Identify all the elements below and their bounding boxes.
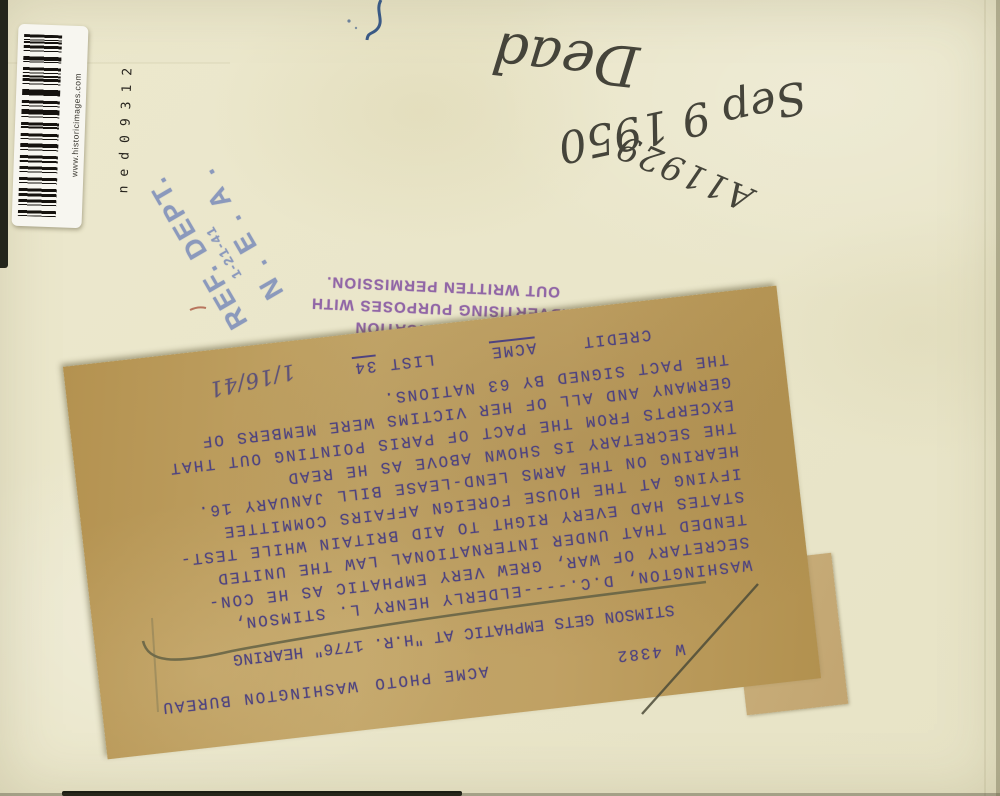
photo-number: W 4382: [615, 639, 686, 665]
credit-list-label: LIST: [387, 350, 435, 373]
credit-agency: ACME: [489, 336, 537, 361]
credit-list-number: 34: [352, 354, 377, 376]
paper-crease-vertical: [984, 0, 986, 796]
credit-label: CREDIT: [581, 325, 652, 351]
caption-slip-text: W 4382 ACME PHOTO WASHINGTON BUREAU STIM…: [63, 286, 821, 760]
credit-date-handwritten: 1/16/41: [207, 359, 298, 401]
barcode-website: www.historicimages.com: [69, 55, 84, 195]
barcode-icon: [18, 34, 62, 217]
bureau-name: WASHINGTON BUREAU: [160, 677, 358, 717]
barcode-sticker: ned09312 www.historicimages.com: [11, 24, 88, 228]
caption-slip: W 4382 ACME PHOTO WASHINGTON BUREAU STIM…: [63, 286, 821, 760]
paper-edge-right: [996, 0, 1000, 796]
scan-edge-left: [0, 0, 8, 268]
agency-name: ACME PHOTO: [372, 662, 489, 693]
